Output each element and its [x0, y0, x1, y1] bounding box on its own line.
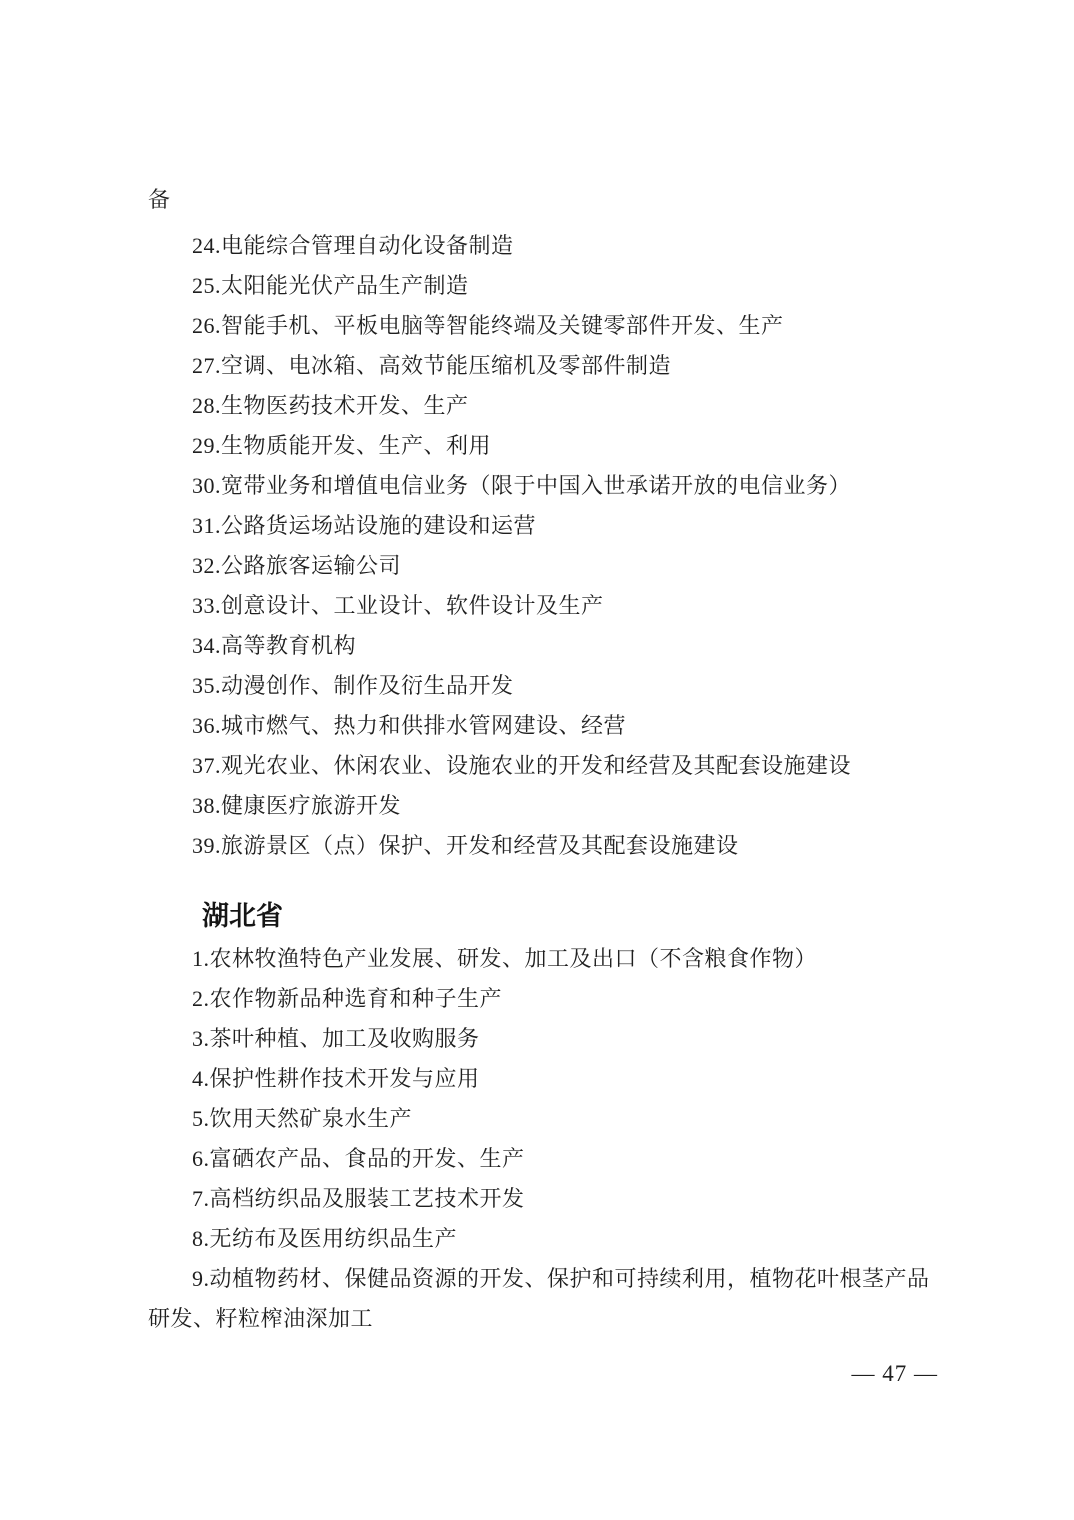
list-item: 5.饮用天然矿泉水生产 — [148, 1099, 938, 1139]
list-item: 34.高等教育机构 — [148, 626, 938, 666]
list-item: 30.宽带业务和增值电信业务（限于中国入世承诺开放的电信业务） — [148, 466, 938, 506]
continuation-text: 备 — [148, 180, 938, 220]
list-item: 9.动植物药材、保健品资源的开发、保护和可持续利用，植物花叶根茎产品研发、籽粒榨… — [148, 1259, 938, 1339]
list-item: 39.旅游景区（点）保护、开发和经营及其配套设施建设 — [148, 826, 938, 866]
list-item: 29.生物质能开发、生产、利用 — [148, 426, 938, 466]
list-item: 3.茶叶种植、加工及收购服务 — [148, 1019, 938, 1059]
list-item: 28.生物医药技术开发、生产 — [148, 386, 938, 426]
list-item: 6.富硒农产品、食品的开发、生产 — [148, 1139, 938, 1179]
list-section-a: 24.电能综合管理自动化设备制造 25.太阳能光伏产品生产制造 26.智能手机、… — [148, 226, 938, 866]
list-item: 37.观光农业、休闲农业、设施农业的开发和经营及其配套设施建设 — [148, 746, 938, 786]
list-item: 8.无纺布及医用纺织品生产 — [148, 1219, 938, 1259]
list-item: 35.动漫创作、制作及衍生品开发 — [148, 666, 938, 706]
page-number: — 47 — — [148, 1354, 938, 1394]
list-item: 7.高档纺织品及服装工艺技术开发 — [148, 1179, 938, 1219]
list-item: 32.公路旅客运输公司 — [148, 546, 938, 586]
list-item: 27.空调、电冰箱、高效节能压缩机及零部件制造 — [148, 346, 938, 386]
list-section-hubei: 1.农林牧渔特色产业发展、研发、加工及出口（不含粮食作物） 2.农作物新品种选育… — [148, 939, 938, 1339]
list-item: 26.智能手机、平板电脑等智能终端及关键零部件开发、生产 — [148, 306, 938, 346]
document-page: 备 24.电能综合管理自动化设备制造 25.太阳能光伏产品生产制造 26.智能手… — [0, 0, 1074, 1520]
list-item: 38.健康医疗旅游开发 — [148, 786, 938, 826]
list-item: 25.太阳能光伏产品生产制造 — [148, 266, 938, 306]
list-item: 24.电能综合管理自动化设备制造 — [148, 226, 938, 266]
list-item: 33.创意设计、工业设计、软件设计及生产 — [148, 586, 938, 626]
list-item: 31.公路货运场站设施的建设和运营 — [148, 506, 938, 546]
section-heading-hubei: 湖北省 — [148, 893, 938, 939]
list-item: 1.农林牧渔特色产业发展、研发、加工及出口（不含粮食作物） — [148, 939, 938, 979]
list-item: 4.保护性耕作技术开发与应用 — [148, 1059, 938, 1099]
list-item: 36.城市燃气、热力和供排水管网建设、经营 — [148, 706, 938, 746]
list-item: 2.农作物新品种选育和种子生产 — [148, 979, 938, 1019]
document-content: 备 24.电能综合管理自动化设备制造 25.太阳能光伏产品生产制造 26.智能手… — [148, 180, 938, 1394]
